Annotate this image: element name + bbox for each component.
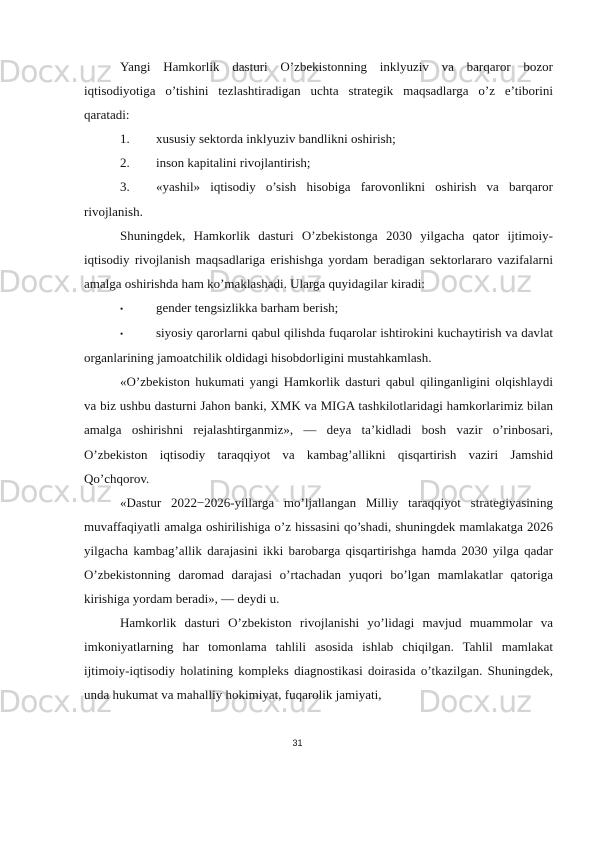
bullet-icon: • — [120, 321, 156, 346]
document-page: Docx.uz Docx.uz Docx.uz Docx.uz Docx.uz … — [0, 0, 595, 842]
paragraph-intro: Yangi Hamkorlik dasturi O’zbekistonning … — [84, 55, 553, 127]
list-number: 1. — [84, 127, 156, 151]
numbered-list-item: 3.«yashil» iqtisodiy o’sish hisobiga far… — [84, 175, 553, 223]
bullet-list-item: • gender tengsizlikka barham berish; — [84, 296, 553, 321]
paragraph-quote-strategy: «Dastur 2022−2026-yillarga mo’ljallangan… — [84, 491, 553, 611]
bullet-list-item: •siyosiy qarorlarni qabul qilishda fuqar… — [84, 321, 553, 370]
paragraph-cross-sector: Shuningdek, Hamkorlik dasturi O’zbekisto… — [84, 224, 553, 296]
list-number: 2. — [84, 151, 156, 175]
list-number: 3. — [120, 175, 156, 199]
list-item-text: gender tengsizlikka barham berish; — [156, 296, 553, 321]
bullet-icon: • — [84, 296, 156, 321]
paragraph-quote-minister: «O’zbekiston hukumati yangi Hamkorlik da… — [84, 370, 553, 490]
list-item-text: inson kapitalini rivojlantirish; — [156, 151, 553, 175]
page-number: 31 — [0, 738, 595, 748]
paragraph-analysis: Hamkorlik dasturi O’zbekiston rivojlanis… — [84, 611, 553, 707]
numbered-list-item: 2. inson kapitalini rivojlantirish; — [84, 151, 553, 175]
numbered-list-item: 1. xususiy sektorda inklyuziv bandlikni … — [84, 127, 553, 151]
list-item-text: xususiy sektorda inklyuziv bandlikni osh… — [156, 127, 553, 151]
body-text: Yangi Hamkorlik dasturi O’zbekistonning … — [84, 55, 553, 708]
